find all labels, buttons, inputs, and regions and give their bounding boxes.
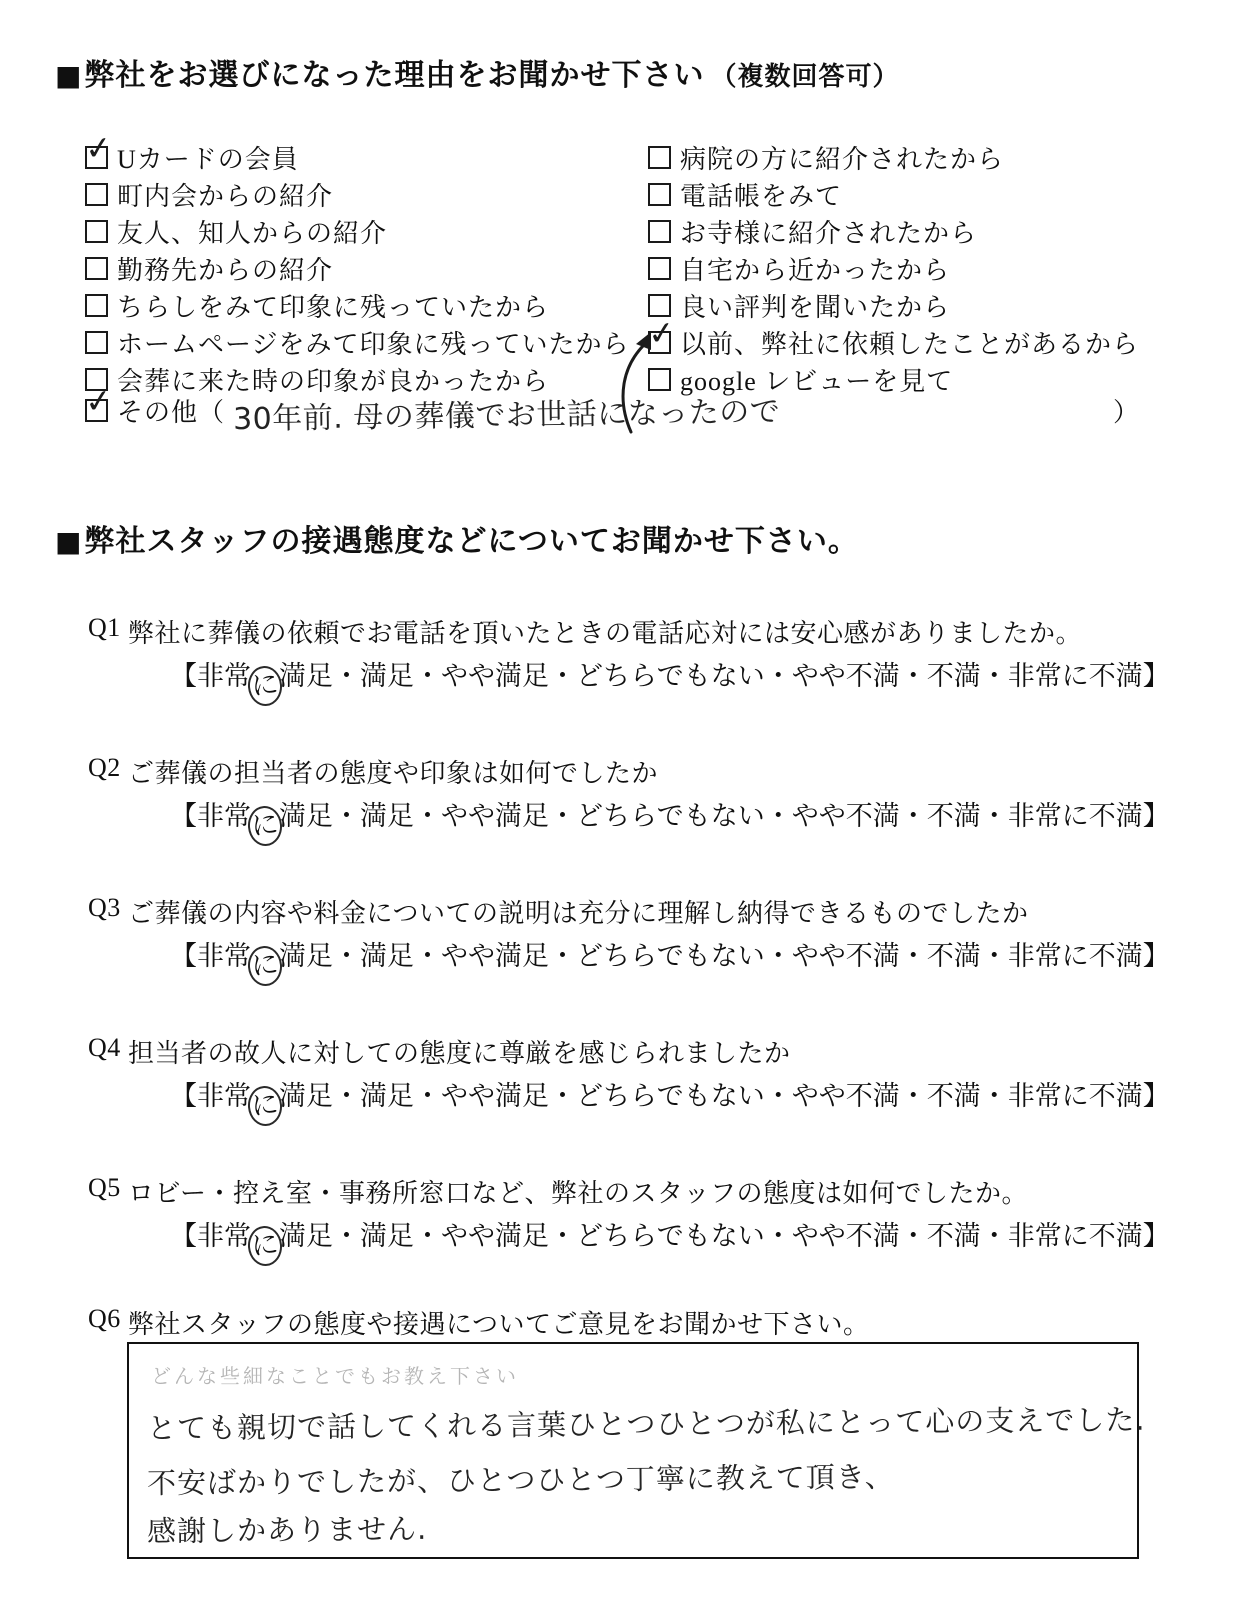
scale-post: 満足・満足・やや満足・どちらでもない・やや不満・不満・非常に不満】 xyxy=(279,1221,1170,1251)
checkbox: ✓ xyxy=(648,146,671,169)
scale-pre: 【非常 xyxy=(170,801,251,831)
option-label: ホームページをみて印象に残っていたから xyxy=(117,324,629,361)
scale-post: 満足・満足・やや満足・どちらでもない・やや不満・不満・非常に不満】 xyxy=(279,661,1170,691)
reason-option-row: ✓ ホームページをみて印象に残っていたから xyxy=(85,325,629,359)
question-row: Q4 担当者の故人に対しての態度に尊厳を感じられましたか xyxy=(88,1033,791,1070)
reason-option-row: ✓ 自宅から近かったから xyxy=(648,251,950,285)
checkbox: ✓ xyxy=(85,257,108,280)
reason-option-row: ✓ 良い評判を聞いたから xyxy=(648,288,950,322)
question-row: Q2 ご葬儀の担当者の態度や印象は如何でしたか xyxy=(88,753,658,790)
checkbox: ✓ xyxy=(85,399,108,422)
question-number: Q2 xyxy=(88,753,128,790)
check-icon: ✓ xyxy=(83,383,114,418)
checkbox: ✓ xyxy=(85,331,108,354)
checkbox: ✓ xyxy=(648,183,671,206)
satisfaction-scale: 【非常に満足・満足・やや満足・どちらでもない・やや不満・不満・非常に不満】 xyxy=(170,794,1170,846)
comment-handwritten-line: 感謝しかありません. xyxy=(147,1507,428,1550)
reason-option-row: ✓ 以前、弊社に依頼したことがあるから xyxy=(648,325,1139,359)
satisfaction-scale: 【非常に満足・満足・やや満足・どちらでもない・やや不満・不満・非常に不満】 xyxy=(170,654,1170,706)
scale-post: 満足・満足・やや満足・どちらでもない・やや不満・不満・非常に不満】 xyxy=(279,1081,1170,1111)
other-label: その他（ xyxy=(117,392,225,429)
reason-option-row: ✓ お寺様に紹介されたから xyxy=(648,214,977,248)
option-label: 電話帳をみて xyxy=(680,176,842,213)
option-label: 良い評判を聞いたから xyxy=(680,287,950,324)
option-label: 勤務先からの紹介 xyxy=(117,250,333,287)
question-number: Q5 xyxy=(88,1173,128,1210)
checkbox: ✓ xyxy=(648,220,671,243)
section2-title: 弊社スタッフの接遇態度などについてお聞かせ下さい。 xyxy=(84,525,858,558)
reason-option-row: ✓ 電話帳をみて xyxy=(648,177,842,211)
question-number: Q3 xyxy=(88,893,128,930)
reason-option-row: ✓ 病院の方に紹介されたから xyxy=(648,140,1004,174)
question-text: 弊社スタッフの態度や接遇についてご意見をお聞かせ下さい。 xyxy=(128,1304,869,1341)
square-bullet-icon: ■ xyxy=(55,59,82,92)
checkbox: ✓ xyxy=(85,294,108,317)
question-text: 弊社に葬儀の依頼でお電話を頂いたときの電話応対には安心感がありましたか。 xyxy=(128,613,1082,650)
question-row: Q1 弊社に葬儀の依頼でお電話を頂いたときの電話応対には安心感がありましたか。 xyxy=(88,613,1082,650)
square-bullet-icon: ■ xyxy=(55,525,82,558)
scale-pre: 【非常 xyxy=(170,661,251,691)
satisfaction-scale: 【非常に満足・満足・やや満足・どちらでもない・やや不満・不満・非常に不満】 xyxy=(170,1214,1170,1266)
satisfaction-scale: 【非常に満足・満足・やや満足・どちらでもない・やや不満・不満・非常に不満】 xyxy=(170,1074,1170,1126)
comment-box: どんな些細なことでもお教え下さい とても親切で話してくれる言葉ひとつひとつが私に… xyxy=(127,1342,1139,1559)
section2-heading: ■弊社スタッフの接遇態度などについてお聞かせ下さい。 xyxy=(55,516,859,560)
question-text: ロビー・控え室・事務所窓口など、弊社のスタッフの態度は如何でしたか。 xyxy=(128,1173,1028,1210)
scale-post: 満足・満足・やや満足・どちらでもない・やや不満・不満・非常に不満】 xyxy=(279,801,1170,831)
reason-option-row: ✓ ちらしをみて印象に残っていたから xyxy=(85,288,549,322)
reason-option-row: ✓ 町内会からの紹介 xyxy=(85,177,333,211)
option-label: 自宅から近かったから xyxy=(680,250,950,287)
option-label: ちらしをみて印象に残っていたから xyxy=(117,287,549,324)
question-row: Q3 ご葬儀の内容や料金についての説明は充分に理解し納得できるものでしたか xyxy=(88,893,1028,930)
comment-placeholder: どんな些細なことでもお教え下さい xyxy=(151,1360,519,1389)
checkbox: ✓ xyxy=(85,220,108,243)
option-label: 病院の方に紹介されたから xyxy=(680,139,1004,176)
checkbox: ✓ xyxy=(85,183,108,206)
scale-post: 満足・満足・やや満足・どちらでもない・やや不満・不満・非常に不満】 xyxy=(279,941,1170,971)
checkbox: ✓ xyxy=(648,257,671,280)
question-text: ご葬儀の内容や料金についての説明は充分に理解し納得できるものでしたか xyxy=(128,893,1028,930)
section1-title: 弊社をお選びになった理由をお聞かせ下さい xyxy=(84,59,704,92)
reason-option-row: ✓ 勤務先からの紹介 xyxy=(85,251,333,285)
check-icon: ✓ xyxy=(83,130,114,165)
question-number: Q1 xyxy=(88,613,128,650)
handwritten-arrow-icon xyxy=(601,328,663,436)
question-text: 担当者の故人に対しての態度に尊厳を感じられましたか xyxy=(128,1033,791,1070)
satisfaction-scale: 【非常に満足・満足・やや満足・どちらでもない・やや不満・不満・非常に不満】 xyxy=(170,934,1170,986)
question-row: Q5 ロビー・控え室・事務所窓口など、弊社のスタッフの態度は如何でしたか。 xyxy=(88,1173,1028,1210)
checkbox: ✓ xyxy=(85,146,108,169)
question-number: Q6 xyxy=(88,1304,128,1341)
option-label: 以前、弊社に依頼したことがあるから xyxy=(680,324,1139,361)
scale-pre: 【非常 xyxy=(170,1081,251,1111)
option-label: Uカードの会員 xyxy=(117,139,299,176)
reason-option-row: ✓ 友人、知人からの紹介 xyxy=(85,214,387,248)
section1-heading: ■弊社をお選びになった理由をお聞かせ下さい（複数回答可） xyxy=(55,50,899,94)
question-text: ご葬儀の担当者の態度や印象は如何でしたか xyxy=(128,753,658,790)
scanned-survey-page: ■弊社をお選びになった理由をお聞かせ下さい（複数回答可） ✓ Uカードの会員 ✓… xyxy=(0,0,1252,1600)
question-number: Q4 xyxy=(88,1033,128,1070)
comment-handwritten-line: とても親切で話してくれる言葉ひとつひとつが私にとって心の支えでした. xyxy=(147,1398,1146,1448)
reason-option-row: ✓ Uカードの会員 xyxy=(85,140,299,174)
scale-pre: 【非常 xyxy=(170,941,251,971)
scale-pre: 【非常 xyxy=(170,1221,251,1251)
comment-handwritten-line: 不安ばかりでしたが、ひとつひとつ丁寧に教えて頂き、 xyxy=(147,1455,895,1503)
option-label: 友人、知人からの紹介 xyxy=(117,213,387,250)
other-close-paren: ） xyxy=(1113,392,1140,429)
question-row: Q6 弊社スタッフの態度や接遇についてご意見をお聞かせ下さい。 xyxy=(88,1304,869,1341)
multiple-answers-note: （複数回答可） xyxy=(710,62,899,91)
option-label: お寺様に紹介されたから xyxy=(680,213,977,250)
option-label: 町内会からの紹介 xyxy=(117,176,333,213)
